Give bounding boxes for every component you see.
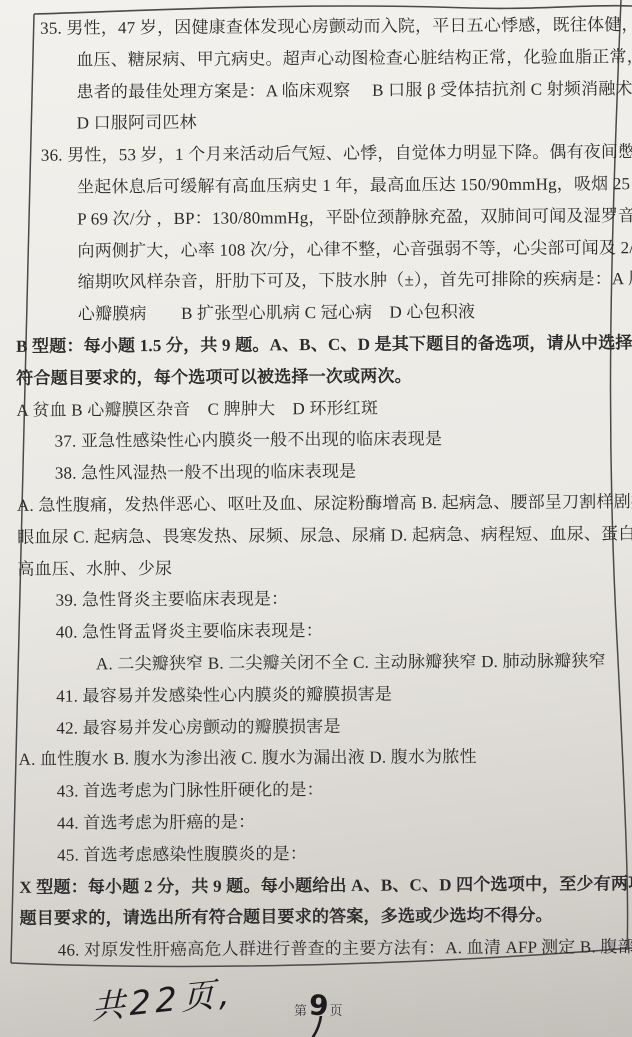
exam-line: 缩期吹风样杂音，肝肋下可及，下肢水肿（±），首先可排除的疾病是：A 风湿性 xyxy=(2,264,632,300)
exam-line: 眼血尿 C. 起病急、畏寒发热、尿频、尿急、尿痛 D. 起病急、病程短、血尿、蛋… xyxy=(3,518,632,554)
scanned-exam-page: 35. 男性，47 岁，因健康查体发现心房颤动而入院，平日五心悸感，既往体健，无… xyxy=(0,0,632,1037)
exam-line: 血压、糖尿病、甲亢病史。超声心动图检查心脏结构正常，化验血脂正常，对该 xyxy=(0,41,632,77)
exam-line: 向两侧扩大，心率 108 次/分，心律不整，心音强弱不等，心尖部可闻及 2/6 … xyxy=(1,232,632,268)
exam-line: 44. 首选考虑为肝癌的是： xyxy=(5,804,632,840)
exam-line: D 口服阿司匹林 xyxy=(1,105,632,141)
exam-line: X 型题：每小题 2 分，共 9 题。每小题给出 A、B、C、D 四个选项中，至… xyxy=(5,868,632,904)
exam-line: 37. 亚急性感染性心内膜炎一般不出现的临床表现是 xyxy=(3,422,632,458)
exam-line: 39. 急性肾炎主要临床表现是： xyxy=(3,581,632,617)
exam-line: 42. 最容易并发心房颤动的瓣膜损害是 xyxy=(4,709,632,745)
exam-line: 高血压、水肿、少尿 xyxy=(3,550,632,586)
handwritten-total-pages: 共22页, xyxy=(92,967,235,1029)
exam-line: P 69 次/分 ，BP：130/80mmHg，平卧位颈静脉充盈，双肺间可闻及湿… xyxy=(1,200,632,236)
exam-line: 坐起休息后可缓解有高血压病史 1 年，最高血压达 150/90mmHg，吸烟 2… xyxy=(1,168,632,204)
handwritten-page-number: 9 xyxy=(308,991,330,1020)
exam-line: 45. 首选考虑感染性腹膜炎的是： xyxy=(5,836,632,872)
exam-line: 43. 首选考虑为门脉性肝硬化的是： xyxy=(5,772,632,808)
exam-line: A. 二尖瓣狭窄 B. 二尖瓣关闭不全 C. 主动脉瓣狭窄 D. 肺动脉瓣狭窄 xyxy=(4,645,632,681)
exam-line: 题目要求的，请选出所有符合题目要求的答案，多选或少选均不得分。 xyxy=(5,899,632,935)
exam-line: A 贫血 B 心瓣膜区杂音 C 脾肿大 D 环形红斑 xyxy=(2,391,632,427)
exam-line: 41. 最容易并发感染性心内膜炎的瓣膜损害是 xyxy=(4,677,632,713)
exam-line: 36. 男性，53 岁，1 个月来活动后气短、心悸，自觉体力明显下降。偶有夜间憋… xyxy=(1,136,632,172)
exam-line: 35. 男性，47 岁，因健康查体发现心房颤动而入院，平日五心悸感，既往体健，无… xyxy=(0,9,632,45)
page-label-suffix: 页 xyxy=(330,1000,344,1019)
exam-line: B 型题：每小题 1.5 分，共 9 题。A、B、C、D 是其下题目的备选项，请… xyxy=(2,327,632,363)
exam-line: 符合题目要求的，每个选项可以被选择一次或两次。 xyxy=(2,359,632,395)
exam-line: A. 血性腹水 B. 腹水为渗出液 C. 腹水为漏出液 D. 腹水为脓性 xyxy=(4,740,632,776)
page-footer: 共22页, 第9页 xyxy=(0,980,632,1037)
exam-line: 40. 急性肾盂肾炎主要临床表现是： xyxy=(4,613,632,649)
page-label-prefix: 第 xyxy=(294,1000,308,1019)
exam-text-block: 35. 男性，47 岁，因健康查体发现心房颤动而入院，平日五心悸感，既往体健，无… xyxy=(0,9,632,967)
page-number-label: 第9页 xyxy=(294,1000,344,1020)
exam-line: 38. 急性风湿热一般不出现的临床表现是 xyxy=(3,454,632,490)
exam-line: 46. 对原发性肝癌高危人群进行普查的主要方法有：A. 血清 AFP 测定 B.… xyxy=(6,931,632,967)
exam-line: 患者的最佳处理方案是：A 临床观察 B 口服 β 受体拮抗剂 C 射频消融术 xyxy=(0,73,632,109)
exam-line: 心瓣膜病 B 扩张型心肌病 C 冠心病 D 心包积液 xyxy=(2,295,632,331)
exam-line: A. 急性腹痛，发热伴恶心、呕吐及血、尿淀粉酶增高 B. 起病急、腰部呈刀割样剧… xyxy=(3,486,632,522)
